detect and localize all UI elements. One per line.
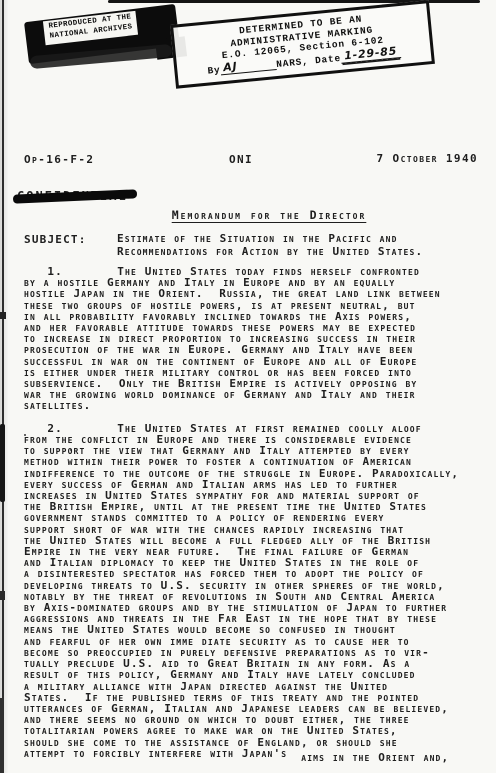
body-line: method within their power to foster a co…: [24, 456, 494, 467]
body-line: war the growing world dominance of Germa…: [24, 389, 494, 400]
body-line: totalitarian powers agree to make war on…: [24, 725, 494, 736]
admin-marking-stamp: DETERMINED TO BE AN ADMINISTRATIVE MARKI…: [170, 0, 435, 89]
subject-label: SUBJECT:: [24, 233, 117, 258]
by-label: By: [207, 64, 221, 77]
body-line: satellites.: [24, 400, 494, 411]
subject-line: Recommendations for Action by the United…: [117, 246, 423, 259]
classification-stamp: CONFIDENTIAL: [17, 189, 128, 203]
title-row: Memorandum for the Director: [0, 204, 496, 223]
document-date: 7 October 1940: [377, 152, 478, 165]
paragraph-1: 1. The United States today finds herself…: [24, 266, 494, 412]
file-reference: Op-16-F-2: [24, 153, 94, 166]
body-text: 1. The United States today finds herself…: [24, 266, 494, 759]
body-line: hostile Japan in the Orient. Russia, the…: [24, 288, 494, 299]
handwritten-initials: AJ: [223, 59, 238, 73]
scan-edge-line: [2, 0, 4, 773]
scan-edge-segment: [0, 424, 5, 502]
scan-edge-mark: [0, 591, 5, 600]
scanned-document-page: REPRODUCED AT THE NATIONAL ARCHIVES DETE…: [0, 0, 496, 773]
by-signature-field: AJ: [220, 58, 277, 76]
subject-line: Estimate of the Situation in the Pacific…: [117, 233, 423, 246]
body-line: result of this policy, Germany and Italy…: [24, 669, 494, 680]
body-line-offset: aims in the Orient and,: [301, 751, 449, 764]
subject-text: Estimate of the Situation in the Pacific…: [117, 233, 423, 258]
body-line: prosecution of the war in Europe. German…: [24, 344, 494, 355]
paragraph-2: 2. The United States at first remained c…: [24, 423, 494, 759]
body-line: attempt to forcibly interfere with Japan…: [24, 748, 494, 759]
document-title: Memorandum for the Director: [172, 208, 367, 222]
body-line-main: attempt to forcibly interfere with Japan…: [24, 747, 287, 760]
date-field: 1-29-85: [340, 46, 401, 64]
body-line: means the United States would become so …: [24, 624, 494, 635]
office-code: ONI: [229, 153, 253, 166]
body-line: government stands committed to a policy …: [24, 512, 494, 523]
subject-block: SUBJECT: Estimate of the Situation in th…: [24, 233, 423, 258]
scan-edge-segment: [0, 698, 4, 773]
body-line: a disinterested spectator has forced the…: [24, 568, 494, 579]
scan-edge-mark: [0, 312, 6, 319]
